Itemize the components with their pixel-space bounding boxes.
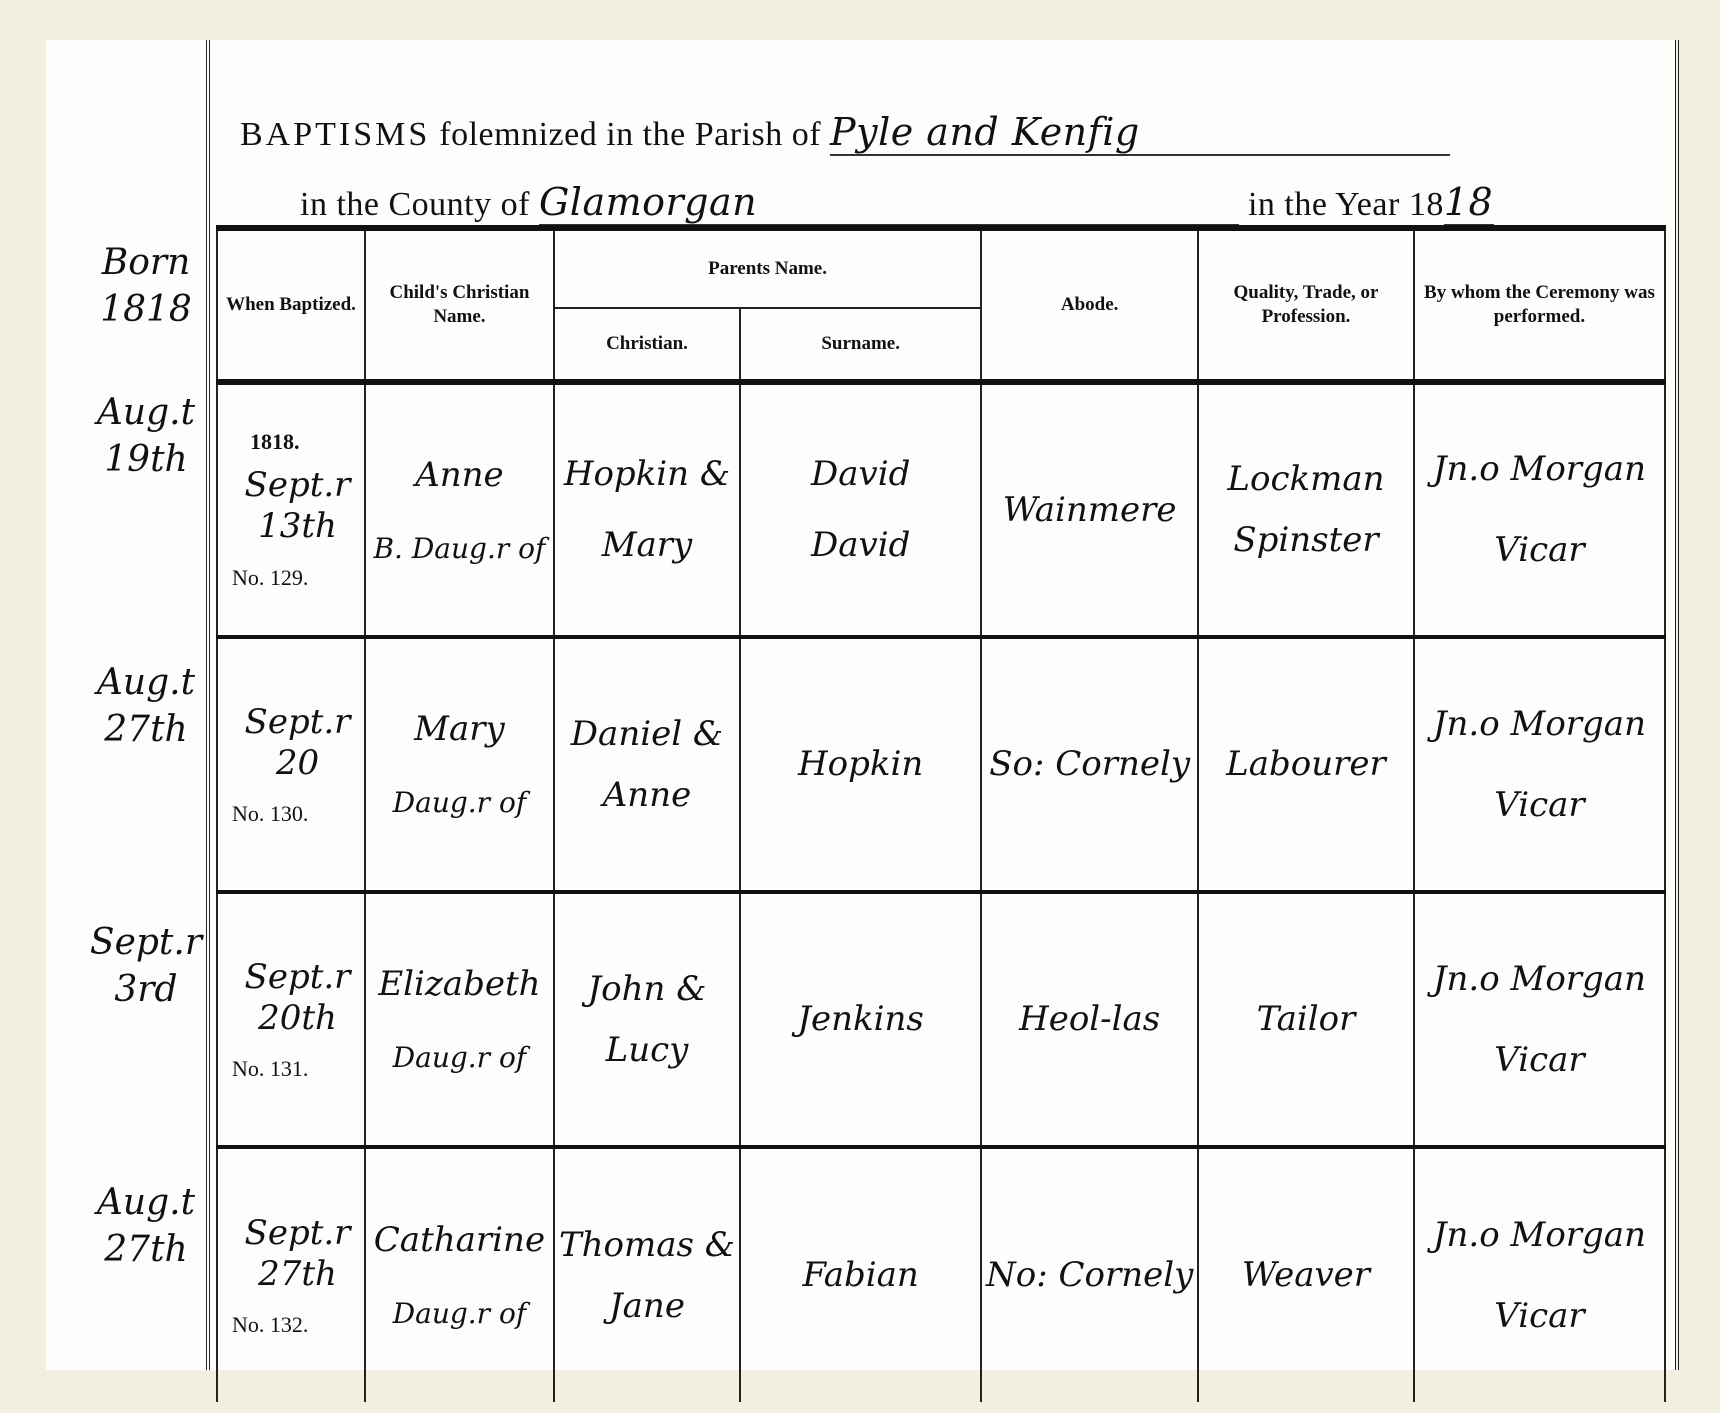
col-parents-surname: Surname. bbox=[740, 308, 981, 382]
surname: David bbox=[742, 454, 979, 495]
register-title: BAPTISMS folemnized in the Parish of Pyl… bbox=[240, 80, 1655, 240]
trade: Tailor bbox=[1200, 999, 1412, 1040]
relation: Daug.r of bbox=[367, 1297, 552, 1331]
trade-2: Spinster bbox=[1200, 520, 1412, 561]
surname: Hopkin bbox=[742, 744, 979, 785]
father-name: John & bbox=[556, 969, 738, 1010]
table-row: 1818.Sept.r 13thNo. 129. AnneB. Daug.r o… bbox=[217, 382, 1665, 637]
relation: B. Daug.r of bbox=[367, 532, 552, 566]
child-name: Catharine bbox=[367, 1220, 552, 1261]
father-name: Daniel & bbox=[556, 714, 738, 755]
baptism-date: Sept.r 27th bbox=[232, 1213, 363, 1295]
born-date: Sept.r 3rd bbox=[86, 920, 206, 1014]
relation: Daug.r of bbox=[367, 786, 552, 820]
minister-title: Vicar bbox=[1416, 785, 1663, 826]
col-parents-christian: Christian. bbox=[554, 308, 740, 382]
entry-number: No. 129. bbox=[232, 565, 363, 591]
mother-name: Anne bbox=[556, 775, 738, 816]
abode: No: Cornely bbox=[983, 1255, 1196, 1296]
col-parents: Parents Name. bbox=[554, 228, 981, 308]
minister-title: Vicar bbox=[1416, 1296, 1663, 1337]
father-name: Hopkin & bbox=[556, 454, 738, 495]
trade: Lockman bbox=[1200, 459, 1412, 500]
abode: So: Cornely bbox=[983, 744, 1196, 785]
table-row: Sept.r 20thNo. 131. ElizabethDaug.r of J… bbox=[217, 892, 1665, 1147]
abode: Heol-las bbox=[983, 999, 1196, 1040]
register-page: Born 1818 Aug.t 19th Aug.t 27th Sept.r 3… bbox=[46, 40, 1676, 1370]
father-name: Thomas & bbox=[556, 1225, 738, 1266]
born-date: Aug.t 19th bbox=[86, 390, 206, 484]
col-by-whom: By whom the Ceremony was performed. bbox=[1414, 228, 1665, 382]
mother-name: Jane bbox=[556, 1286, 738, 1327]
birth-date-margin: Born 1818 Aug.t 19th Aug.t 27th Sept.r 3… bbox=[46, 40, 206, 1370]
baptism-date: Sept.r 20th bbox=[232, 957, 363, 1039]
col-when: When Baptized. bbox=[217, 228, 365, 382]
baptism-date: Sept.r 13th bbox=[232, 465, 363, 547]
mother-name: Lucy bbox=[556, 1030, 738, 1071]
year-value: 18 bbox=[1444, 180, 1494, 226]
parish-name: Pyle and Kenfig bbox=[830, 110, 1450, 156]
col-child: Child's Christian Name. bbox=[365, 228, 554, 382]
minister: Jn.o Morgan bbox=[1416, 449, 1663, 490]
surname: Fabian bbox=[742, 1255, 979, 1296]
minister: Jn.o Morgan bbox=[1416, 1215, 1663, 1256]
col-abode: Abode. bbox=[981, 228, 1198, 382]
col-trade: Quality, Trade, or Profession. bbox=[1198, 228, 1414, 382]
title-year-label: in the Year 18 bbox=[1248, 186, 1444, 223]
minister: Jn.o Morgan bbox=[1416, 959, 1663, 1000]
baptism-date: Sept.r 20 bbox=[232, 702, 363, 784]
table-row: Sept.r 20No. 130. MaryDaug.r of Daniel &… bbox=[217, 637, 1665, 892]
county-name: Glamorgan bbox=[539, 180, 1239, 226]
relation: Daug.r of bbox=[367, 1041, 552, 1075]
trade: Labourer bbox=[1200, 744, 1412, 785]
entry-year: 1818. bbox=[232, 429, 363, 455]
title-county-label: in the County of bbox=[300, 186, 530, 223]
surname: Jenkins bbox=[742, 999, 979, 1040]
child-name: Mary bbox=[367, 709, 552, 750]
entry-number: No. 130. bbox=[232, 801, 363, 827]
born-date: Aug.t 27th bbox=[86, 660, 206, 754]
child-name: Anne bbox=[367, 455, 552, 496]
born-date: Aug.t 27th bbox=[86, 1180, 206, 1274]
surname-2: David bbox=[742, 525, 979, 566]
trade: Weaver bbox=[1200, 1255, 1412, 1296]
child-name: Elizabeth bbox=[367, 964, 552, 1005]
title-text: folemnized in the Parish of bbox=[439, 116, 821, 153]
born-header: Born 1818 bbox=[86, 240, 206, 334]
table-row: Sept.r 27thNo. 132. CatharineDaug.r of T… bbox=[217, 1147, 1665, 1402]
entry-number: No. 132. bbox=[232, 1312, 363, 1338]
minister-title: Vicar bbox=[1416, 1040, 1663, 1081]
entry-number: No. 131. bbox=[232, 1056, 363, 1082]
minister-title: Vicar bbox=[1416, 530, 1663, 571]
minister: Jn.o Morgan bbox=[1416, 704, 1663, 745]
abode: Wainmere bbox=[983, 490, 1196, 531]
mother-name: Mary bbox=[556, 525, 738, 566]
baptism-register-table: When Baptized. Child's Christian Name. P… bbox=[216, 225, 1666, 1402]
register-frame: BAPTISMS folemnized in the Parish of Pyl… bbox=[206, 40, 1679, 1370]
title-baptisms: BAPTISMS bbox=[240, 116, 430, 153]
